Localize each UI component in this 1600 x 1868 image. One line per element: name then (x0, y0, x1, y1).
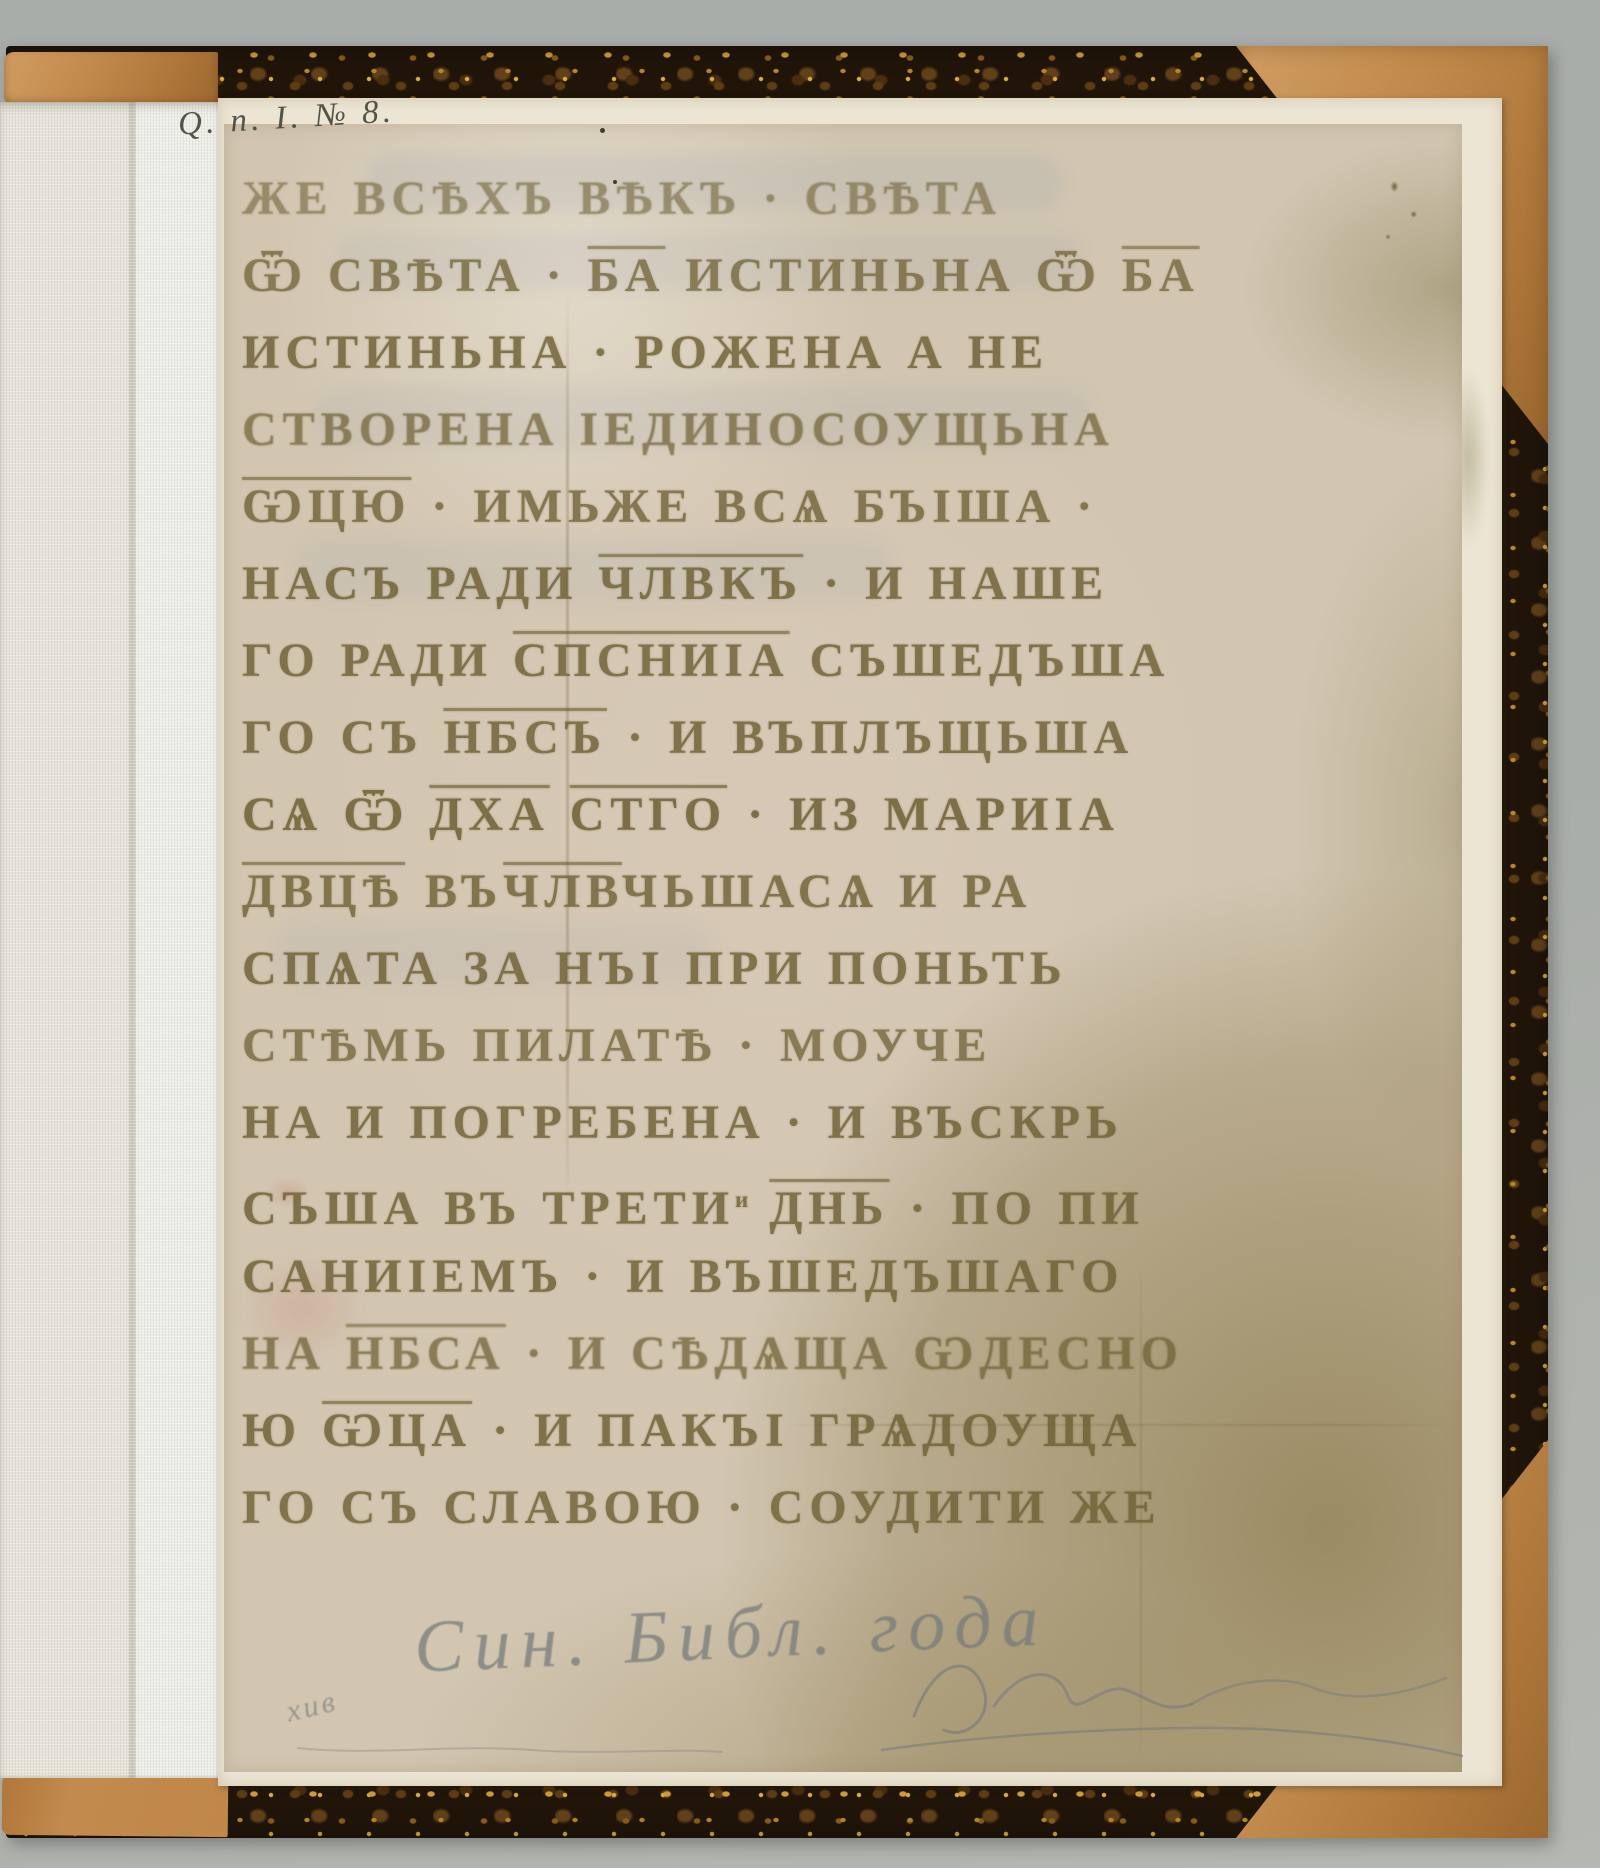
linen-gutter-cloth (0, 102, 224, 1778)
manuscript-line: ЖЕ ВСѢХЪ ВѢКЪ · СВѢТА (242, 160, 1342, 237)
manuscript-line: НА НБСА · И СѢДѦЩА ѠДЕСНО (242, 1315, 1342, 1392)
photographed-manuscript-page: ЖЕ ВСѢХЪ ВѢКЪ · СВѢТАѾ СВѢТА · БА ИСТИНЬ… (0, 0, 1600, 1868)
pencil-smudge-line (292, 1726, 732, 1766)
foxing-spots (1374, 168, 1438, 252)
leather-spine-edge-top (4, 52, 218, 106)
manuscript-line: СТВОРЕНА ІЕДИНОСОУЩЬНА (242, 391, 1342, 468)
manuscript-line: СТѢМЬ ПИЛАТѢ · МОУЧЕ (242, 1007, 1342, 1084)
manuscript-line: Ю ѠЦА · И ПАКЪІ ГРѦДОУЩА (242, 1392, 1342, 1469)
leather-spine-edge-bottom (2, 1775, 229, 1837)
parchment-leaf: ЖЕ ВСѢХЪ ВѢКЪ · СВѢТАѾ СВѢТА · БА ИСТИНЬ… (224, 124, 1462, 1772)
manuscript-line: ѠЦЮ · ИМЬЖЕ ВСѦ БЪІША · (242, 468, 1342, 545)
manuscript-line: ГО РАДИ СПСНИІА СЪШЕДЪША (242, 622, 1342, 699)
ink-dot (600, 128, 605, 133)
manuscript-line: СЪША ВЪ ТРЕТИи ДНЬ · ПО ПИ (242, 1161, 1342, 1238)
ink-dot (613, 180, 617, 184)
manuscript-line: ГО СЪ СЛАВОЮ · СОУДИТИ ЖЕ (242, 1469, 1342, 1546)
manuscript-line: НА И ПОГРЕБЕНА · И ВЪСКРЬ (242, 1084, 1342, 1161)
manuscript-line: САНИІЕМЪ · И ВЪШЕДЪШАГО (242, 1238, 1342, 1315)
manuscript-line: ИСТИНЬНА · РОЖЕНА А НЕ (242, 314, 1342, 391)
pencil-signature-scrawl (856, 1620, 1476, 1790)
manuscript-line: НАСЪ РАДИ ЧЛВКЪ · И НАШЕ (242, 545, 1342, 622)
manuscript-line: Ѿ СВѢТА · БА ИСТИНЬНА Ѿ БА (242, 237, 1342, 314)
manuscript-line: СПѦТА ЗА НЪІ ПРИ ПОНЬТЬ (242, 930, 1342, 1007)
manuscript-line: ГО СЪ НБСЪ · И ВЪПЛЪЩЬША (242, 699, 1342, 776)
manuscript-line: ДВЦѢ ВЪЧЛВЧЬШАСѦ И РА (242, 853, 1342, 930)
manuscript-line: СѦ Ѿ ДХА СТГО · ИЗ МАРИІА (242, 776, 1342, 853)
text-block: ЖЕ ВСѢХЪ ВѢКЪ · СВѢТАѾ СВѢТА · БА ИСТИНЬ… (242, 160, 1342, 1546)
